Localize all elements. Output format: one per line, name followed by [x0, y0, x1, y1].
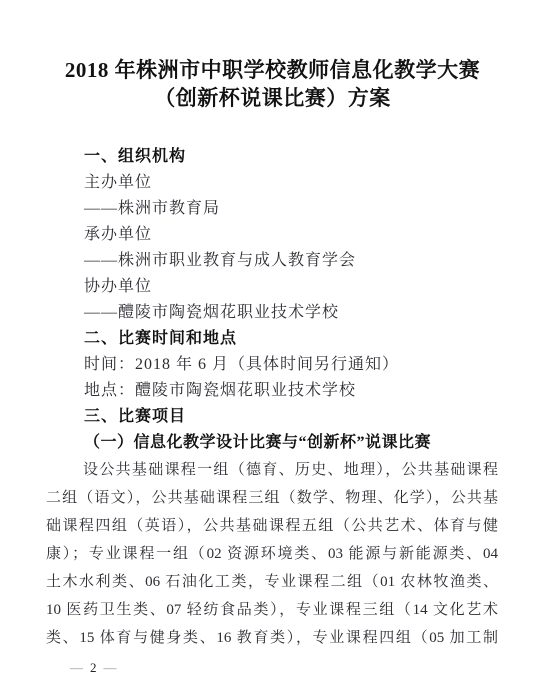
- paragraph-line: 土木水利类、06 石油化工类，专业课程二组（01 农林牧渔类、: [46, 568, 498, 596]
- section-3-subheading: （一）信息化教学设计比赛与“创新杯”说课比赛: [46, 430, 498, 456]
- paragraph-line: 础课程四组（英语），公共基础课程五组（公共艺术、体育与健: [46, 512, 498, 540]
- page-number-dash-left: —: [70, 660, 90, 675]
- document-body: 一、组织机构 主办单位 ——株洲市教育局 承办单位 ——株洲市职业教育与成人教育…: [46, 144, 498, 652]
- document-page: 2018 年株洲市中职学校教师信息化教学大赛 （创新杯说课比赛）方案 一、组织机…: [0, 0, 545, 696]
- document-title: 2018 年株洲市中职学校教师信息化教学大赛 （创新杯说课比赛）方案: [0, 56, 545, 112]
- co-organizer-name: ——醴陵市陶瓷烟花职业技术学校: [46, 300, 498, 326]
- section-3-heading: 三、比赛项目: [46, 404, 498, 430]
- undertaking-unit-name: ——株洲市职业教育与成人教育学会: [46, 248, 498, 274]
- paragraph-line: 康）；专业课程一组（02 资源环境类、03 能源与新能源类、04: [46, 540, 498, 568]
- host-unit-name: ——株洲市教育局: [46, 196, 498, 222]
- title-line-1: 2018 年株洲市中职学校教师信息化教学大赛: [0, 56, 545, 84]
- undertaking-unit-label: 承办单位: [46, 222, 498, 248]
- page-number-dash-right: —: [97, 660, 117, 675]
- paragraph-line: 10 医药卫生类、07 轻纺食品类），专业课程三组（14 文化艺术: [46, 596, 498, 624]
- page-number: —2—: [70, 660, 117, 676]
- page-number-value: 2: [90, 660, 97, 675]
- paragraph-line: 二组（语文），公共基础课程三组（数学、物理、化学），公共基: [46, 484, 498, 512]
- title-line-2: （创新杯说课比赛）方案: [0, 84, 545, 112]
- co-organizer-label: 协办单位: [46, 274, 498, 300]
- section-1-heading: 一、组织机构: [46, 144, 498, 170]
- host-unit-label: 主办单位: [46, 170, 498, 196]
- competition-time-line: 时间：2018 年 6 月（具体时间另行通知）: [46, 352, 498, 378]
- paragraph-line: 设公共基础课程一组（德育、历史、地理），公共基础课程: [46, 456, 498, 484]
- paragraph-line: 类、15 体育与健身类、16 教育类），专业课程四组（05 加工制: [46, 624, 498, 652]
- section-2-heading: 二、比赛时间和地点: [46, 326, 498, 352]
- competition-location-line: 地点：醴陵市陶瓷烟花职业技术学校: [46, 378, 498, 404]
